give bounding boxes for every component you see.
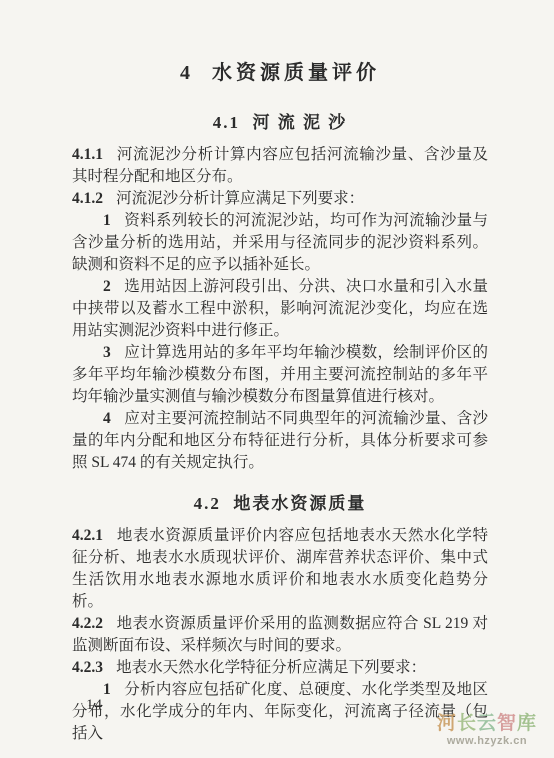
watermark-char: 智 bbox=[497, 713, 517, 734]
watermark: 河长云智库 www.hzyzk.cn bbox=[437, 714, 537, 747]
clause-4-2-2: 4.2.2地表水资源质量评价采用的监测数据应符合 SL 219 对监测断面布设、… bbox=[72, 613, 488, 657]
clause-4-2-1: 4.2.1地表水资源质量评价内容应包括地表水天然水化学特征分析、地表水水质现状评… bbox=[72, 525, 488, 613]
document-page: 4 水资源质量评价 4.1 河 流 泥 沙 4.1.1河流泥沙分析计算内容应包括… bbox=[0, 0, 554, 758]
watermark-logo-text: 河长云智库 bbox=[437, 714, 537, 735]
item-text: 分析内容应包括矿化度、总硬度、水化学类型及地区分布，水化学成分的年内、年际变化，… bbox=[72, 681, 488, 742]
watermark-char: 库 bbox=[517, 713, 537, 734]
section-heading-4-2: 4.2 地表水资源质量 bbox=[72, 489, 488, 514]
clause-text: 地表水资源质量评价采用的监测数据应符合 SL 219 对监测断面布设、采样频次与… bbox=[72, 615, 488, 654]
list-item-4-1-2-2: 2选用站因上游河段引出、分洪、决口水量和引入水量中挟带以及蓄水工程中淤积，影响河… bbox=[72, 276, 488, 342]
clause-text: 河流泥沙分析计算应满足下列要求： bbox=[116, 190, 364, 207]
clause-text: 地表水资源质量评价内容应包括地表水天然水化学特征分析、地表水水质现状评价、湖库营… bbox=[72, 527, 488, 610]
clause-4-1-1: 4.1.1河流泥沙分析计算内容应包括河流输沙量、含沙量及其时程分配和地区分布。 bbox=[72, 144, 488, 188]
list-item-4-1-2-1: 1资料系列较长的河流泥沙站，均可作为河流输沙量与含沙量分析的选用站，并采用与径流… bbox=[72, 210, 488, 276]
list-item-4-1-2-4: 4应对主要河流控制站不同典型年的河流输沙量、含沙量的年内分配和地区分布特征进行分… bbox=[72, 408, 488, 474]
list-item-4-1-2-3: 3应计算选用站的多年平均年输沙模数，绘制评价区的多年平均年输沙模数分布图，并用主… bbox=[72, 342, 488, 408]
item-number: 4 bbox=[103, 410, 111, 427]
item-text: 应计算选用站的多年平均年输沙模数，绘制评价区的多年平均年输沙模数分布图，并用主要… bbox=[72, 344, 488, 405]
clause-number: 4.2.1 bbox=[72, 527, 103, 544]
watermark-char: 长 bbox=[457, 713, 477, 734]
chapter-title: 4 水资源质量评价 bbox=[72, 56, 488, 85]
clause-number: 4.2.2 bbox=[72, 615, 103, 632]
watermark-char: 河 bbox=[437, 713, 457, 734]
item-number: 2 bbox=[103, 278, 111, 295]
clause-number: 4.1.2 bbox=[72, 190, 103, 207]
item-text: 应对主要河流控制站不同典型年的河流输沙量、含沙量的年内分配和地区分布特征进行分析… bbox=[72, 410, 488, 471]
clause-number: 4.2.3 bbox=[72, 659, 103, 676]
clause-text: 河流泥沙分析计算内容应包括河流输沙量、含沙量及其时程分配和地区分布。 bbox=[72, 146, 488, 185]
list-item-4-2-3-1: 1分析内容应包括矿化度、总硬度、水化学类型及地区分布，水化学成分的年内、年际变化… bbox=[72, 679, 488, 745]
clause-4-1-2: 4.1.2河流泥沙分析计算应满足下列要求： bbox=[72, 188, 488, 210]
item-text: 资料系列较长的河流泥沙站，均可作为河流输沙量与含沙量分析的选用站，并采用与径流同… bbox=[72, 212, 488, 273]
watermark-url: www.hzyzk.cn bbox=[437, 735, 537, 747]
page-number: 14 bbox=[86, 697, 103, 714]
clause-4-2-3: 4.2.3地表水天然水化学特征分析应满足下列要求： bbox=[72, 657, 488, 679]
section-heading-4-1: 4.1 河 流 泥 沙 bbox=[72, 108, 488, 133]
item-number: 3 bbox=[103, 344, 111, 361]
item-number: 1 bbox=[103, 681, 111, 698]
clause-text: 地表水天然水化学特征分析应满足下列要求： bbox=[116, 659, 426, 676]
item-text: 选用站因上游河段引出、分洪、决口水量和引入水量中挟带以及蓄水工程中淤积，影响河流… bbox=[72, 278, 488, 339]
item-number: 1 bbox=[103, 212, 111, 229]
watermark-char: 云 bbox=[477, 713, 497, 734]
clause-number: 4.1.1 bbox=[72, 146, 103, 163]
